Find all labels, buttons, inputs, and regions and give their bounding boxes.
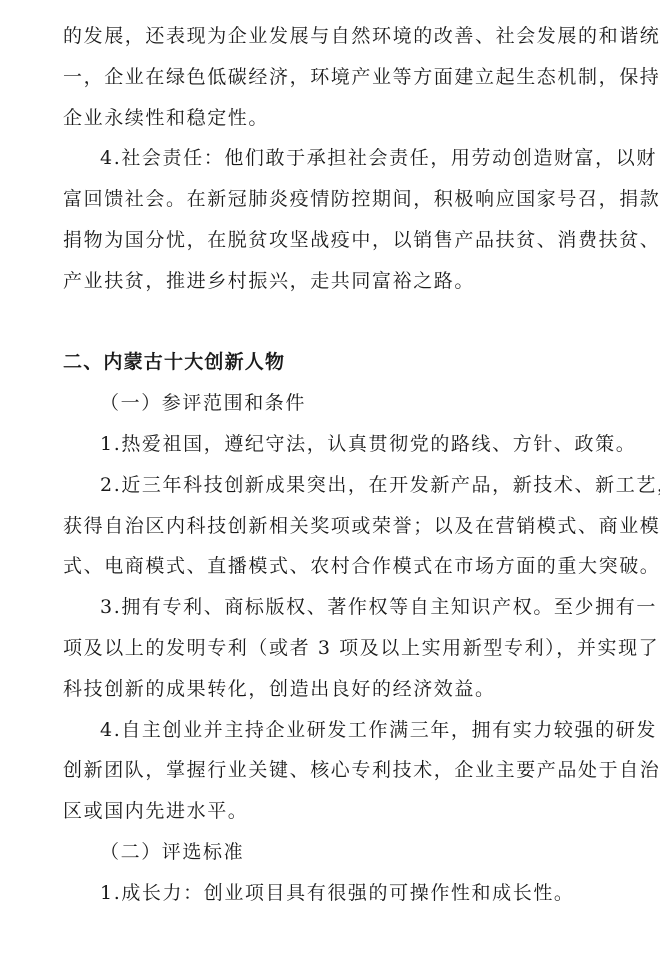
text-line: 4.社会责任：他们敢于承担社会责任，用劳动创造财富，以财	[63, 138, 603, 179]
paragraph-social-responsibility: 4.社会责任：他们敢于承担社会责任，用劳动创造财富，以财 富回馈社会。在新冠肺炎…	[63, 138, 603, 301]
text-line: 2.近三年科技创新成果突出，在开发新产品，新技术、新工艺，	[63, 465, 603, 506]
text-line: 1.热爱祖国，遵纪守法，认真贯彻党的路线、方针、政策。	[63, 424, 603, 465]
subsection-heading: （一）参评范围和条件	[63, 383, 603, 424]
paragraph-standard-1: 1.成长力：创业项目具有很强的可操作性和成长性。	[63, 873, 603, 914]
text-line: 捐物为国分忧，在脱贫攻坚战疫中，以销售产品扶贫、消费扶贫、	[63, 220, 603, 261]
text-line: 4.自主创业并主持企业研发工作满三年，拥有实力较强的研发	[63, 710, 603, 751]
text-line: 企业永续性和稳定性。	[63, 98, 603, 139]
section-spacer	[63, 302, 603, 343]
paragraph-criterion-3: 3.拥有专利、商标版权、著作权等自主知识产权。至少拥有一 项及以上的发明专利（或…	[63, 587, 603, 709]
text-line: 富回馈社会。在新冠肺炎疫情防控期间，积极响应国家号召，捐款	[63, 179, 603, 220]
text-line: 区或国内先进水平。	[63, 791, 603, 832]
text-line: 科技创新的成果转化，创造出良好的经济效益。	[63, 669, 603, 710]
paragraph-continuation: 的发展，还表现为企业发展与自然环境的改善、社会发展的和谐统 一，企业在绿色低碳经…	[63, 16, 603, 138]
paragraph-criterion-4: 4.自主创业并主持企业研发工作满三年，拥有实力较强的研发 创新团队，掌握行业关键…	[63, 710, 603, 832]
text-line: 一，企业在绿色低碳经济，环境产业等方面建立起生态机制，保持	[63, 57, 603, 98]
paragraph-criterion-2: 2.近三年科技创新成果突出，在开发新产品，新技术、新工艺， 获得自治区内科技创新…	[63, 465, 603, 587]
subsection-heading: （二）评选标准	[63, 832, 603, 873]
text-line: 创新团队，掌握行业关键、核心专利技术，企业主要产品处于自治	[63, 750, 603, 791]
document-page: 的发展，还表现为企业发展与自然环境的改善、社会发展的和谐统 一，企业在绿色低碳经…	[63, 16, 603, 914]
text-line: 的发展，还表现为企业发展与自然环境的改善、社会发展的和谐统	[63, 16, 603, 57]
section-heading: 二、内蒙古十大创新人物	[63, 342, 603, 383]
text-line: 产业扶贫，推进乡村振兴，走共同富裕之路。	[63, 261, 603, 302]
paragraph-criterion-1: 1.热爱祖国，遵纪守法，认真贯彻党的路线、方针、政策。	[63, 424, 603, 465]
text-line: 项及以上的发明专利（或者 3 项及以上实用新型专利），并实现了	[63, 628, 603, 669]
text-line: 式、电商模式、直播模式、农村合作模式在市场方面的重大突破。	[63, 546, 603, 587]
text-line: 获得自治区内科技创新相关奖项或荣誉；以及在营销模式、商业模	[63, 506, 603, 547]
text-line: 3.拥有专利、商标版权、著作权等自主知识产权。至少拥有一	[63, 587, 603, 628]
text-line: 1.成长力：创业项目具有很强的可操作性和成长性。	[63, 873, 603, 914]
